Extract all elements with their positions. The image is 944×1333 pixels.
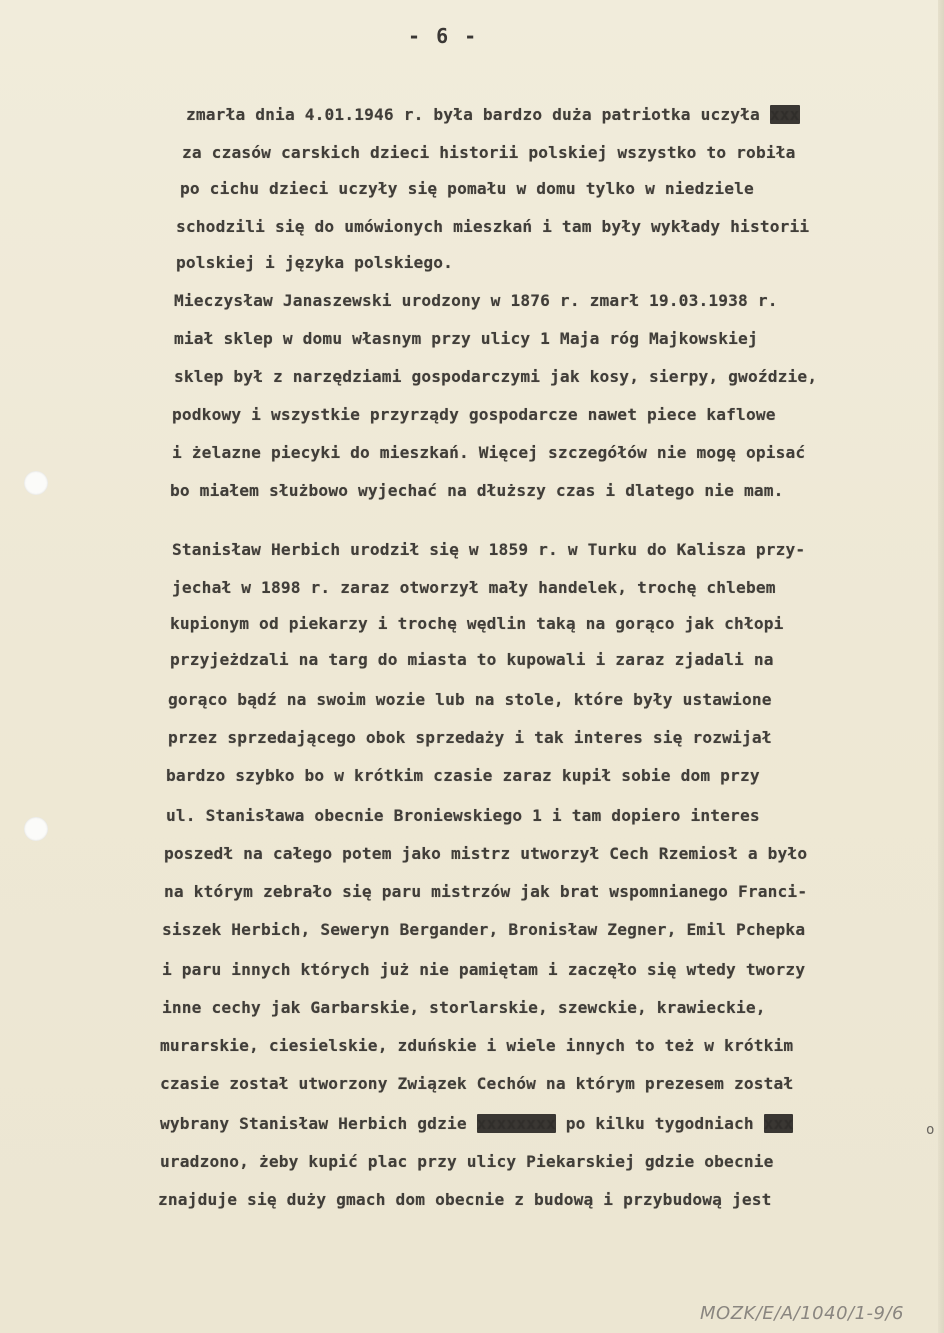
- text-line: siszek Herbich, Seweryn Bergander, Broni…: [162, 920, 805, 939]
- text-line: schodzili się do umówionych mieszkań i t…: [176, 217, 809, 236]
- text-line: uradzono, żeby kupić plac przy ulicy Pie…: [160, 1152, 774, 1171]
- text-line: jechał w 1898 r. zaraz otworzył mały han…: [172, 578, 776, 597]
- page-number: - 6 -: [408, 24, 478, 48]
- text-line: Stanisław Herbich urodził się w 1859 r. …: [172, 540, 805, 559]
- overtyped-word: xxx: [764, 1114, 794, 1133]
- text-line: na którym zebrało się paru mistrzów jak …: [164, 882, 807, 901]
- text-line: polskiej i języka polskiego.: [176, 253, 453, 272]
- text-line: czasie został utworzony Związek Cechów n…: [160, 1074, 793, 1093]
- punch-hole-top: [24, 471, 48, 495]
- text-line: Mieczysław Janaszewski urodzony w 1876 r…: [174, 291, 778, 310]
- text-line: za czasów carskich dzieci historii polsk…: [182, 143, 796, 162]
- text-line: murarskie, ciesielskie, zduńskie i wiele…: [160, 1036, 793, 1055]
- text-line: i paru innych których już nie pamiętam i…: [162, 960, 805, 979]
- text-line: po cichu dzieci uczyły się pomału w domu…: [180, 179, 754, 198]
- text-line: miał sklep w domu własnym przy ulicy 1 M…: [174, 329, 758, 348]
- overtyped-word: xxx: [770, 105, 800, 124]
- text-line: przez sprzedającego obok sprzedaży i tak…: [168, 728, 772, 747]
- text-line: poszedł na całego potem jako mistrz utwo…: [164, 844, 807, 863]
- text-line: przyjeżdzali na targ do miasta to kupowa…: [170, 650, 774, 669]
- text-line: zmarła dnia 4.01.1946 r. była bardzo duż…: [186, 105, 800, 124]
- text-line: ul. Stanisława obecnie Broniewskiego 1 i…: [166, 806, 760, 825]
- text-line: podkowy i wszystkie przyrządy gospodarcz…: [172, 405, 776, 424]
- document-page: - 6 - zmarła dnia 4.01.1946 r. była bard…: [0, 0, 944, 1333]
- text-line: i żelazne piecyki do mieszkań. Więcej sz…: [172, 443, 805, 462]
- text-line: wybrany Stanisław Herbich gdzie xxxxxxxx…: [160, 1114, 793, 1133]
- archive-signature: MOZK/E/A/1040/1-9/6: [700, 1303, 904, 1324]
- overtyped-word: xxxxxxxx: [477, 1114, 556, 1133]
- text-line: gorąco bądź na swoim wozie lub na stole,…: [168, 690, 772, 709]
- text-line: sklep był z narzędziami gospodarczymi ja…: [174, 367, 817, 386]
- text-line: inne cechy jak Garbarskie, storlarskie, …: [162, 998, 766, 1017]
- text-line: bardzo szybko bo w krótkim czasie zaraz …: [166, 766, 760, 785]
- page-edge: [938, 0, 944, 1333]
- punch-hole-bottom: [24, 817, 48, 841]
- margin-mark: o: [926, 1122, 934, 1138]
- text-line: kupionym od piekarzy i trochę wędlin tak…: [170, 614, 784, 633]
- text-line: znajduje się duży gmach dom obecnie z bu…: [158, 1190, 772, 1209]
- text-line: bo miałem służbowo wyjechać na dłuższy c…: [170, 481, 784, 500]
